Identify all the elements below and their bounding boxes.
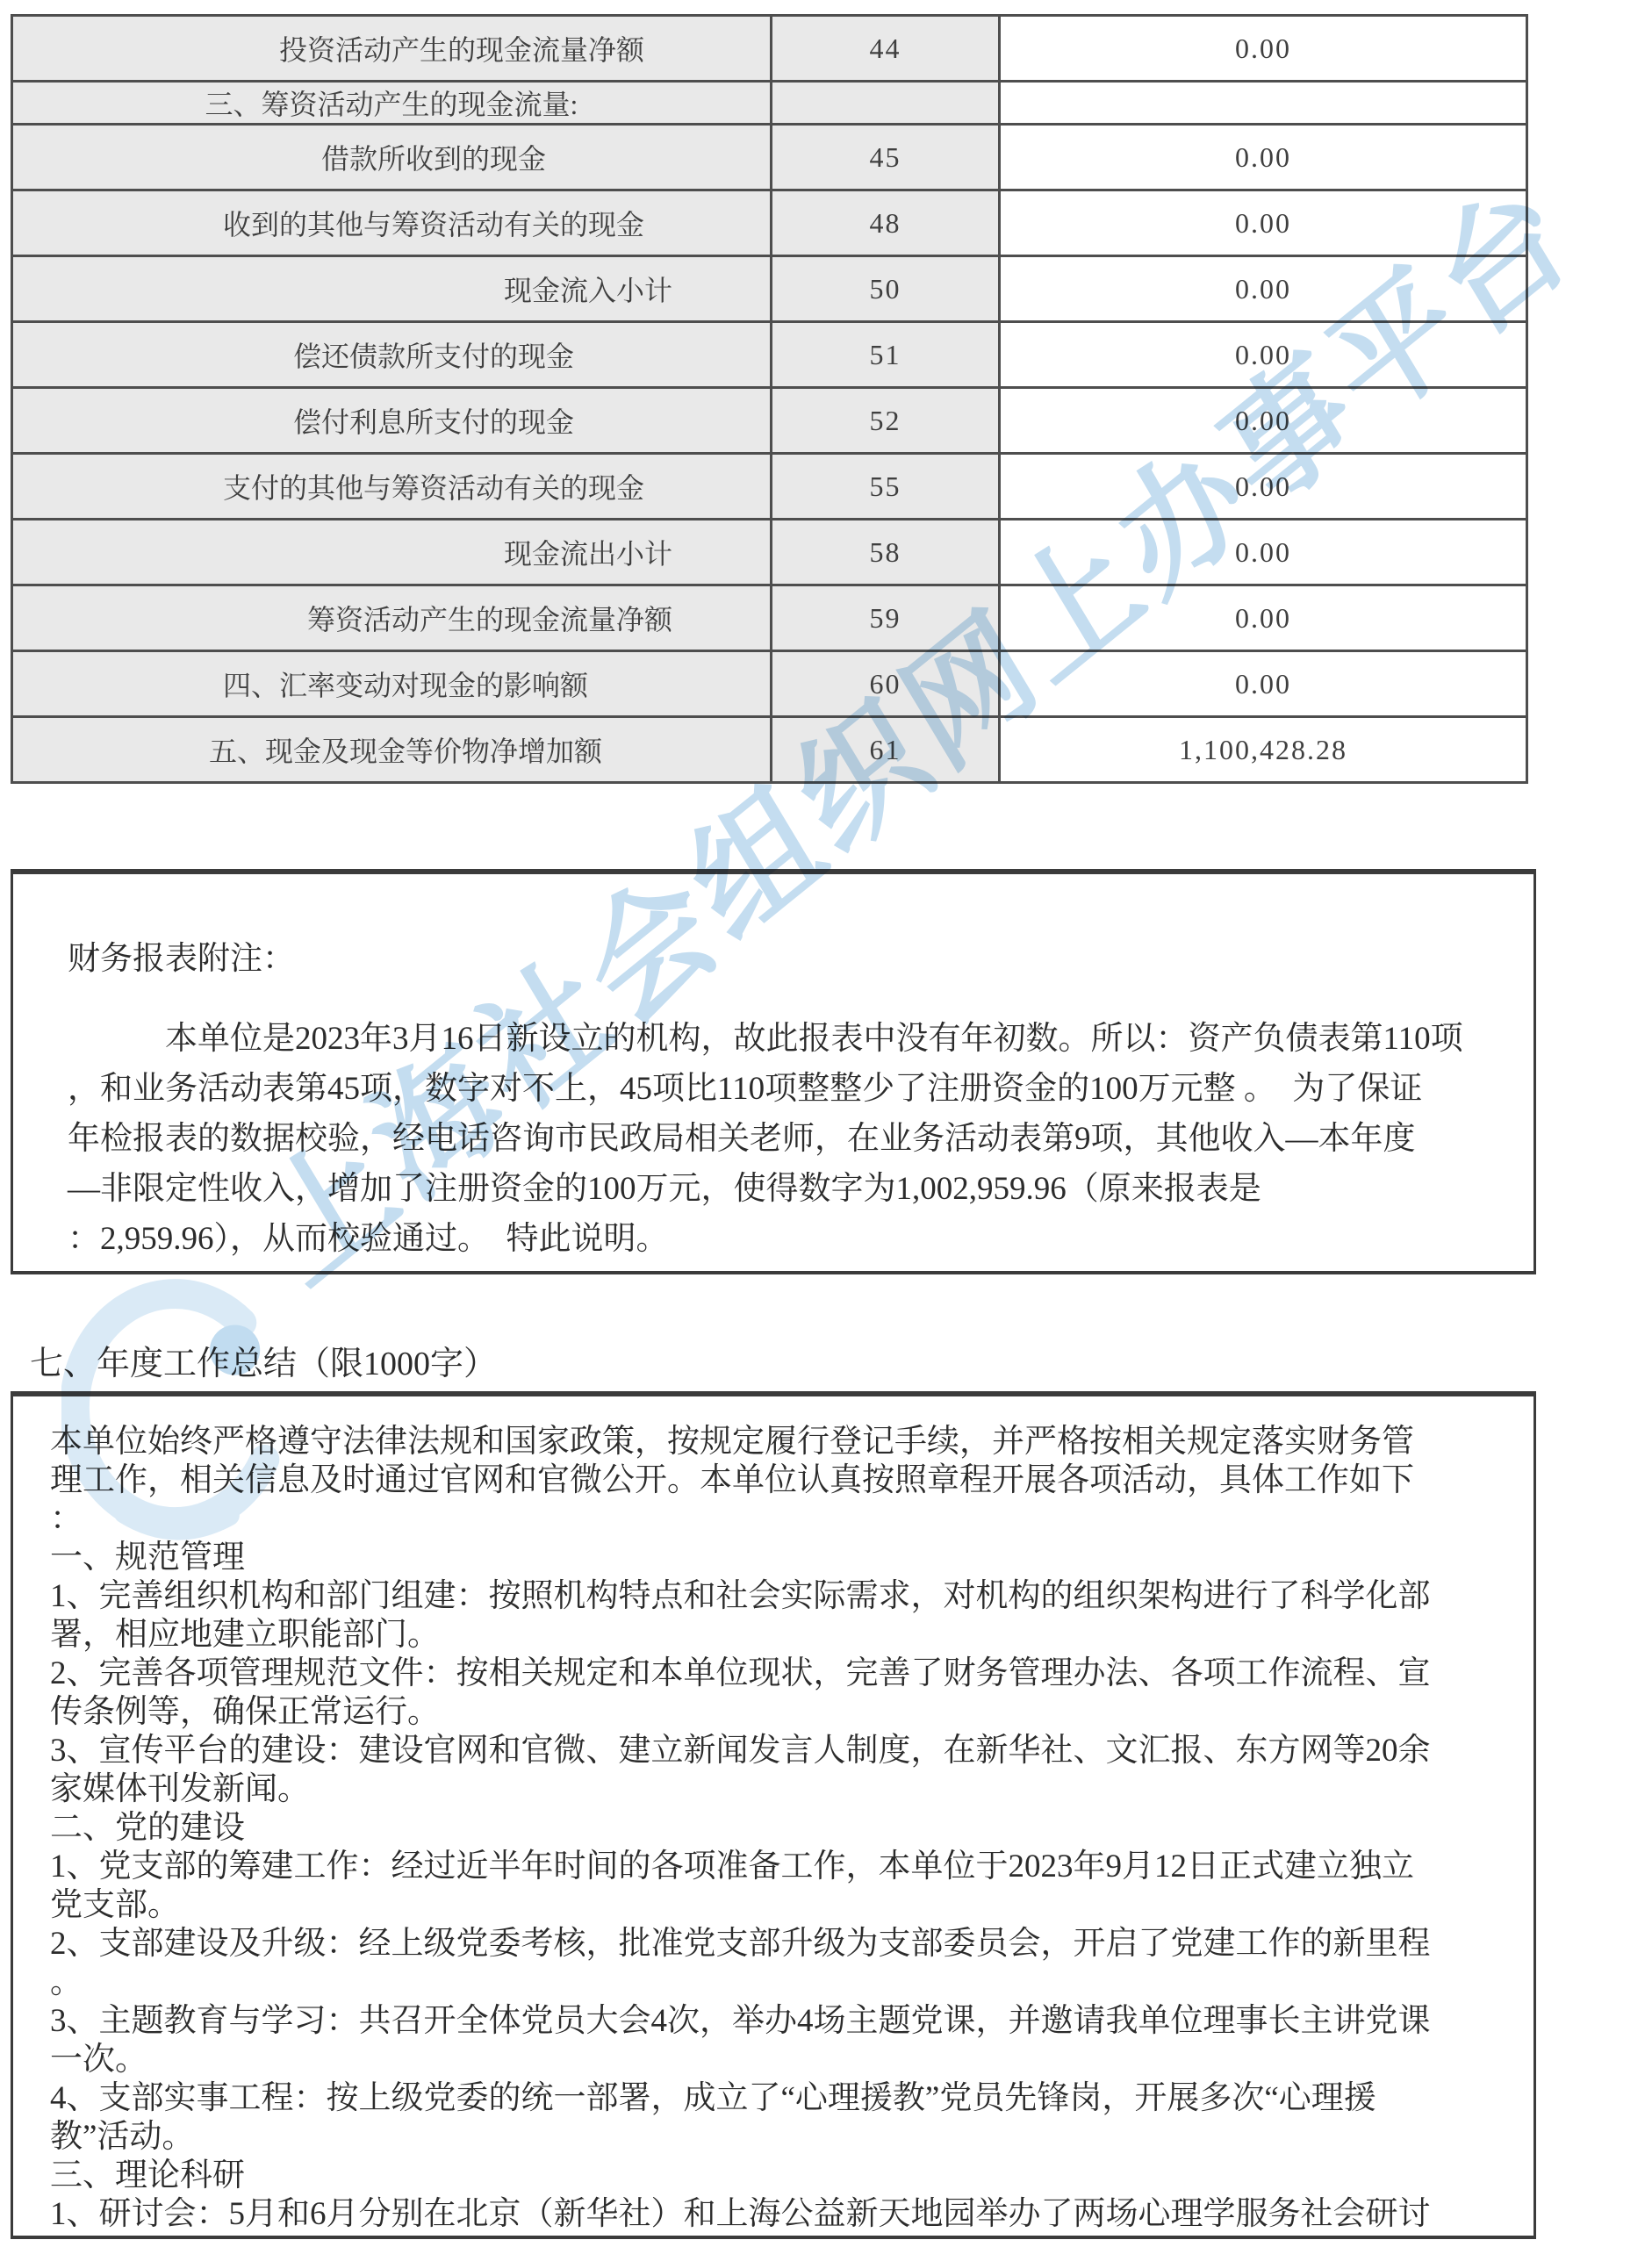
row-line-no-cell <box>772 82 1000 125</box>
row-label-cell: 借款所收到的现金 <box>12 125 772 190</box>
row-line-no-cell: 50 <box>772 256 1000 322</box>
document-page: 投资活动产生的现金流量净额 44 0.00 三、筹资活动产生的现金流量: 借款所… <box>0 0 1652 2247</box>
table-row: 四、汇率变动对现金的影响额 60 0.00 <box>12 651 1527 717</box>
notes-paragraph: 本单位是2023年3月16日新设立的机构，故此报表中没有年初数。所以：资产负债表… <box>68 1014 1481 1264</box>
summary-paragraph: 本单位始终严格遵守法律法规和国家政策，按规定履行登记手续，并严格按相关规定落实财… <box>50 1423 1437 2234</box>
summary-heading: 七、年度工作总结（限1000字） <box>30 1336 497 1384</box>
row-line-no-cell: 59 <box>772 585 1000 651</box>
row-label-cell: 四、汇率变动对现金的影响额 <box>12 651 772 717</box>
row-label-cell: 支付的其他与筹资活动有关的现金 <box>12 454 772 520</box>
notes-box: 财务报表附注： 本单位是2023年3月16日新设立的机构，故此报表中没有年初数。… <box>11 869 1536 1274</box>
row-amount-cell: 1,100,428.28 <box>1000 717 1527 783</box>
table-row: 三、筹资活动产生的现金流量: <box>12 82 1527 125</box>
row-amount-cell: 0.00 <box>1000 520 1527 585</box>
row-label-cell: 筹资活动产生的现金流量净额 <box>12 585 772 651</box>
summary-box: 本单位始终严格遵守法律法规和国家政策，按规定履行登记手续，并严格按相关规定落实财… <box>11 1391 1536 2239</box>
row-label-cell: 偿付利息所支付的现金 <box>12 388 772 454</box>
table-row: 支付的其他与筹资活动有关的现金 55 0.00 <box>12 454 1527 520</box>
table-row: 收到的其他与筹资活动有关的现金 48 0.00 <box>12 190 1527 256</box>
notes-title: 财务报表附注： <box>68 940 1533 979</box>
row-amount-cell: 0.00 <box>1000 388 1527 454</box>
row-amount-cell: 0.00 <box>1000 322 1527 388</box>
row-label-cell: 偿还债款所支付的现金 <box>12 322 772 388</box>
row-amount-cell: 0.00 <box>1000 256 1527 322</box>
table-row: 借款所收到的现金 45 0.00 <box>12 125 1527 190</box>
row-label-cell: 投资活动产生的现金流量净额 <box>12 16 772 82</box>
row-line-no-cell: 51 <box>772 322 1000 388</box>
row-amount-cell: 0.00 <box>1000 190 1527 256</box>
row-line-no-cell: 55 <box>772 454 1000 520</box>
row-line-no-cell: 44 <box>772 16 1000 82</box>
table-row: 偿还债款所支付的现金 51 0.00 <box>12 322 1527 388</box>
table-row: 偿付利息所支付的现金 52 0.00 <box>12 388 1527 454</box>
table-row: 现金流入小计 50 0.00 <box>12 256 1527 322</box>
cashflow-table-body: 投资活动产生的现金流量净额 44 0.00 三、筹资活动产生的现金流量: 借款所… <box>12 16 1527 783</box>
table-row: 现金流出小计 58 0.00 <box>12 520 1527 585</box>
table-row: 五、现金及现金等价物净增加额 61 1,100,428.28 <box>12 717 1527 783</box>
row-amount-cell: 0.00 <box>1000 125 1527 190</box>
row-line-no-cell: 52 <box>772 388 1000 454</box>
row-line-no-cell: 60 <box>772 651 1000 717</box>
row-line-no-cell: 45 <box>772 125 1000 190</box>
row-amount-cell <box>1000 82 1527 125</box>
row-line-no-cell: 48 <box>772 190 1000 256</box>
row-label-cell: 收到的其他与筹资活动有关的现金 <box>12 190 772 256</box>
row-line-no-cell: 61 <box>772 717 1000 783</box>
row-amount-cell: 0.00 <box>1000 16 1527 82</box>
row-line-no-cell: 58 <box>772 520 1000 585</box>
row-amount-cell: 0.00 <box>1000 454 1527 520</box>
table-row: 投资活动产生的现金流量净额 44 0.00 <box>12 16 1527 82</box>
row-label-cell: 三、筹资活动产生的现金流量: <box>12 82 772 125</box>
cashflow-table: 投资活动产生的现金流量净额 44 0.00 三、筹资活动产生的现金流量: 借款所… <box>11 14 1528 784</box>
row-label-cell: 五、现金及现金等价物净增加额 <box>12 717 772 783</box>
row-label-cell: 现金流出小计 <box>12 520 772 585</box>
row-amount-cell: 0.00 <box>1000 585 1527 651</box>
table-row: 筹资活动产生的现金流量净额 59 0.00 <box>12 585 1527 651</box>
row-amount-cell: 0.00 <box>1000 651 1527 717</box>
row-label-cell: 现金流入小计 <box>12 256 772 322</box>
